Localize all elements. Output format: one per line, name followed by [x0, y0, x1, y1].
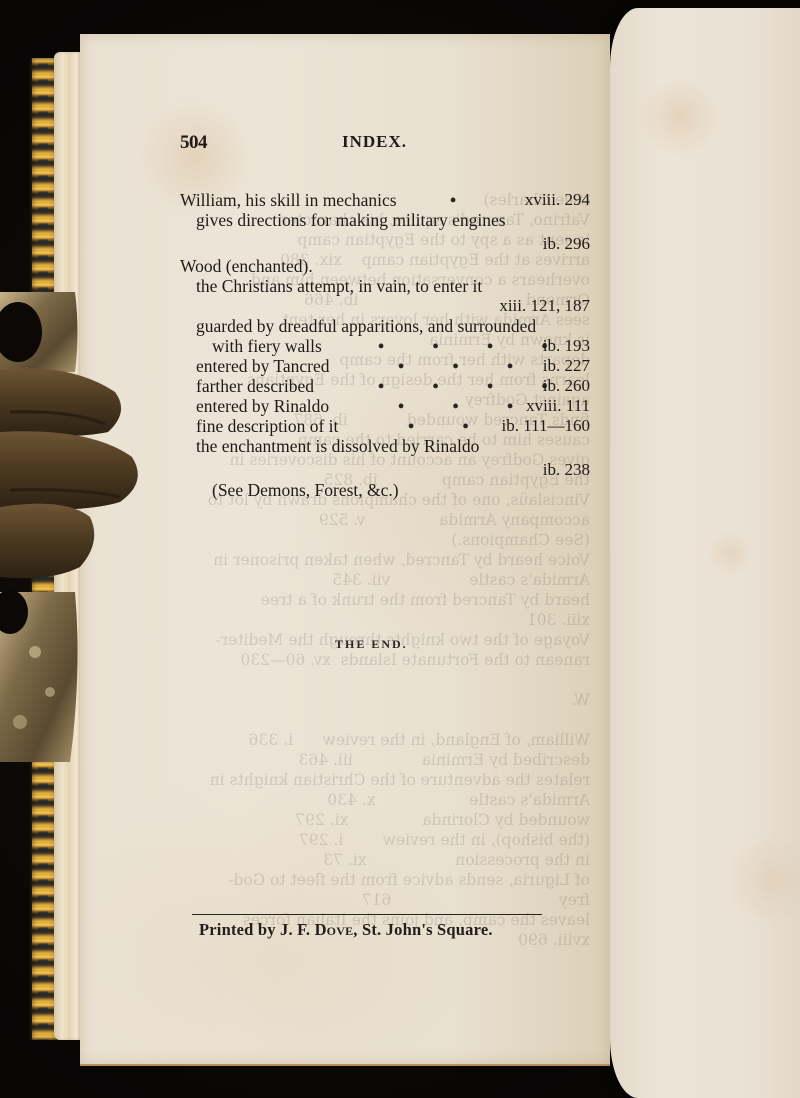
index-entry-text: William, his skill in mechanics	[180, 190, 397, 210]
imprint-prefix: Printed by J. F.	[199, 920, 315, 939]
imprint-suffix: , St. John's Square.	[353, 920, 492, 939]
running-head: 504 INDEX.	[180, 130, 590, 156]
dot-leader: • •	[408, 416, 491, 436]
index-entry-line: Wood (enchanted).	[180, 256, 590, 276]
index-entry-text: Wood (enchanted).	[180, 256, 313, 276]
imprint-printer-name: Dove	[315, 920, 354, 939]
index-entry-line: gives directions for making military eng…	[180, 210, 590, 230]
dot-leader: • • • •	[378, 376, 570, 396]
page-number: 504	[180, 132, 207, 154]
page-block-edges	[54, 52, 82, 1040]
index-entry-text: guarded by dreadful apparitions, and sur…	[196, 316, 536, 336]
index-entry-line: guarded by dreadful apparitions, and sur…	[180, 316, 590, 336]
index-entry-line: with fiery walls• • • •ib. 193	[180, 336, 590, 356]
index-entry-line: (See Demons, Forest, &c.)	[180, 480, 590, 500]
dot-leader: • • • •	[378, 336, 570, 356]
index-entry-text: with fiery walls	[212, 336, 322, 356]
index-entry-reference: xiii. 121, 187	[499, 296, 590, 316]
index-entry-reference: ib. 193	[543, 336, 590, 356]
index-entry-line: farther described• • • •ib. 260	[180, 376, 590, 396]
index-entry-text: (See Demons, Forest, &c.)	[212, 480, 399, 500]
index-entry-reference: xviii. 111	[526, 396, 590, 416]
printer-imprint: Printed by J. F. Dove, St. John's Square…	[199, 920, 493, 940]
index-entry-text: entered by Tancred	[196, 356, 330, 376]
index-entry-reference: ib. 227	[543, 356, 590, 376]
dot-leader: • • •	[398, 396, 535, 416]
imprint-rule-divider	[192, 914, 542, 915]
index-entry-reference: ib. 111—160	[502, 416, 590, 436]
index-entry-text: fine description of it	[196, 416, 338, 436]
index-entry-text: the Christians attempt, in vain, to ente…	[196, 276, 482, 296]
index-entry-line: entered by Rinaldo• • •xviii. 111	[180, 396, 590, 416]
dot-leader: • • •	[398, 356, 535, 376]
index-entry-line: the Christians attempt, in vain, to ente…	[180, 276, 590, 296]
index-entry-line: fine description of it• •ib. 111—160	[180, 416, 590, 436]
index-text-block: 504 INDEX. William, his skill in mechani…	[180, 130, 590, 156]
index-entry-line: entered by Tancred• • •ib. 227	[180, 356, 590, 376]
index-entry-reference: xviii. 294	[525, 190, 590, 210]
index-entry-reference: ib. 296	[543, 234, 590, 254]
index-entry-line: William, his skill in mechanics•xviii. 2…	[180, 190, 590, 210]
book-photo-scene: (See Charles)Vafrino, Tancred's squire, …	[0, 0, 800, 1098]
running-title: INDEX.	[342, 132, 407, 152]
index-entry-line: the enchantment is dissolved by Rinaldo	[180, 436, 590, 456]
index-entry-reference: ib. 238	[543, 460, 590, 480]
index-entry-text: farther described	[196, 376, 314, 396]
dot-leader: •	[450, 190, 478, 210]
index-entry-text: the enchantment is dissolved by Rinaldo	[196, 436, 479, 456]
index-entry-reference: ib. 260	[543, 376, 590, 396]
right-page-blank	[610, 8, 800, 1098]
left-page	[80, 34, 610, 1066]
the-end-label: THE END.	[335, 637, 408, 652]
index-entry-line: ib. 238	[180, 460, 590, 480]
index-entry-line: ib. 296	[180, 234, 590, 254]
index-entry-line: xiii. 121, 187	[180, 296, 590, 316]
index-entry-text: gives directions for making military eng…	[196, 210, 506, 230]
index-entry-text: entered by Rinaldo	[196, 396, 329, 416]
